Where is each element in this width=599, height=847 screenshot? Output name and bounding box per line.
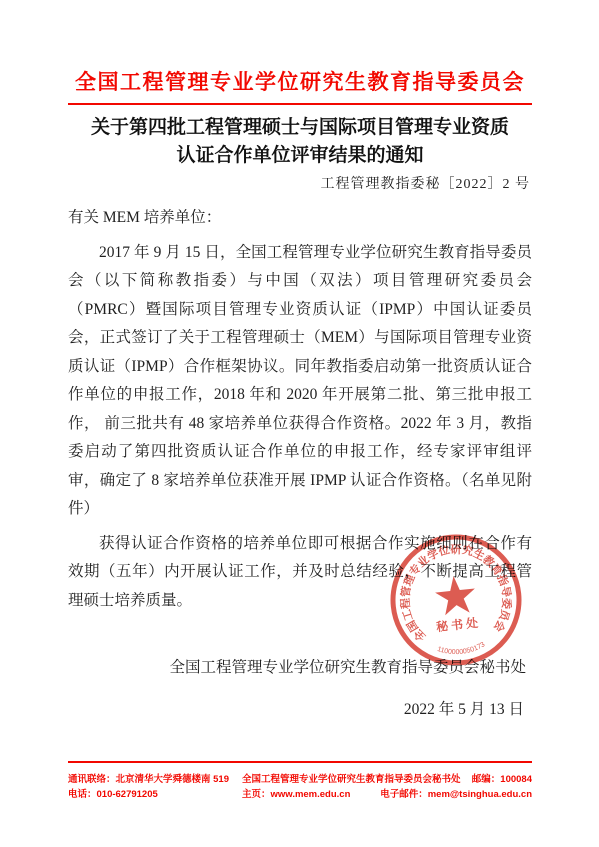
footer: 通讯联络：北京清华大学舜德楼南 519 全国工程管理专业学位研究生教育指导委员会… (68, 772, 532, 802)
notice-title-line1: 关于第四批工程管理硕士与国际项目管理专业资质 (68, 114, 532, 142)
footer-email: 电子邮件：mem@tsinghua.edu.cn (380, 787, 532, 802)
org-header-title: 全国工程管理专业学位研究生教育指导委员会 (68, 66, 532, 105)
footer-org-name: 全国工程管理专业学位研究生教育指导委员会秘书处 (242, 772, 472, 787)
document-number: 工程管理教指委秘［2022］2 号 (321, 173, 531, 193)
salutation: 有关 MEM 培养单位： (68, 204, 532, 233)
footer-contact-address: 通讯联络：北京清华大学舜德楼南 519 (68, 772, 242, 787)
signature-organization: 全国工程管理专业学位研究生教育指导委员会秘书处 (169, 655, 526, 677)
footer-phone: 电话：010-62791205 (68, 787, 242, 802)
notice-document-page: 全国工程管理专业学位研究生教育指导委员会 关于第四批工程管理硕士与国际项目管理专… (0, 0, 599, 847)
footer-homepage: 主页：www.mem.edu.cn (242, 787, 380, 802)
footer-postcode: 邮编：100084 (472, 772, 532, 787)
footer-row-1: 通讯联络：北京清华大学舜德楼南 519 全国工程管理专业学位研究生教育指导委员会… (68, 772, 532, 787)
document-content: 全国工程管理专业学位研究生教育指导委员会 关于第四批工程管理硕士与国际项目管理专… (68, 0, 532, 847)
signature-date: 2022 年 5 月 13 日 (404, 697, 524, 719)
notice-title-line2: 认证合作单位评审结果的通知 (68, 142, 532, 170)
notice-title: 关于第四批工程管理硕士与国际项目管理专业资质 认证合作单位评审结果的通知 (68, 114, 532, 170)
footer-divider (68, 761, 532, 763)
paragraph-2: 获得认证合作资格的培养单位即可根据合作实施细则在合作有效期（五年）内开展认证工作… (68, 530, 532, 616)
seal-center-label: 秘书处 (435, 615, 481, 635)
body-text: 有关 MEM 培养单位： 2017 年 9 月 15 日，全国工程管理专业学位研… (68, 204, 532, 615)
paragraph-1: 2017 年 9 月 15 日，全国工程管理专业学位研究生教育指导委员会（以下简… (68, 239, 532, 524)
footer-row-2: 电话：010-62791205 主页：www.mem.edu.cn 电子邮件：m… (68, 787, 532, 802)
